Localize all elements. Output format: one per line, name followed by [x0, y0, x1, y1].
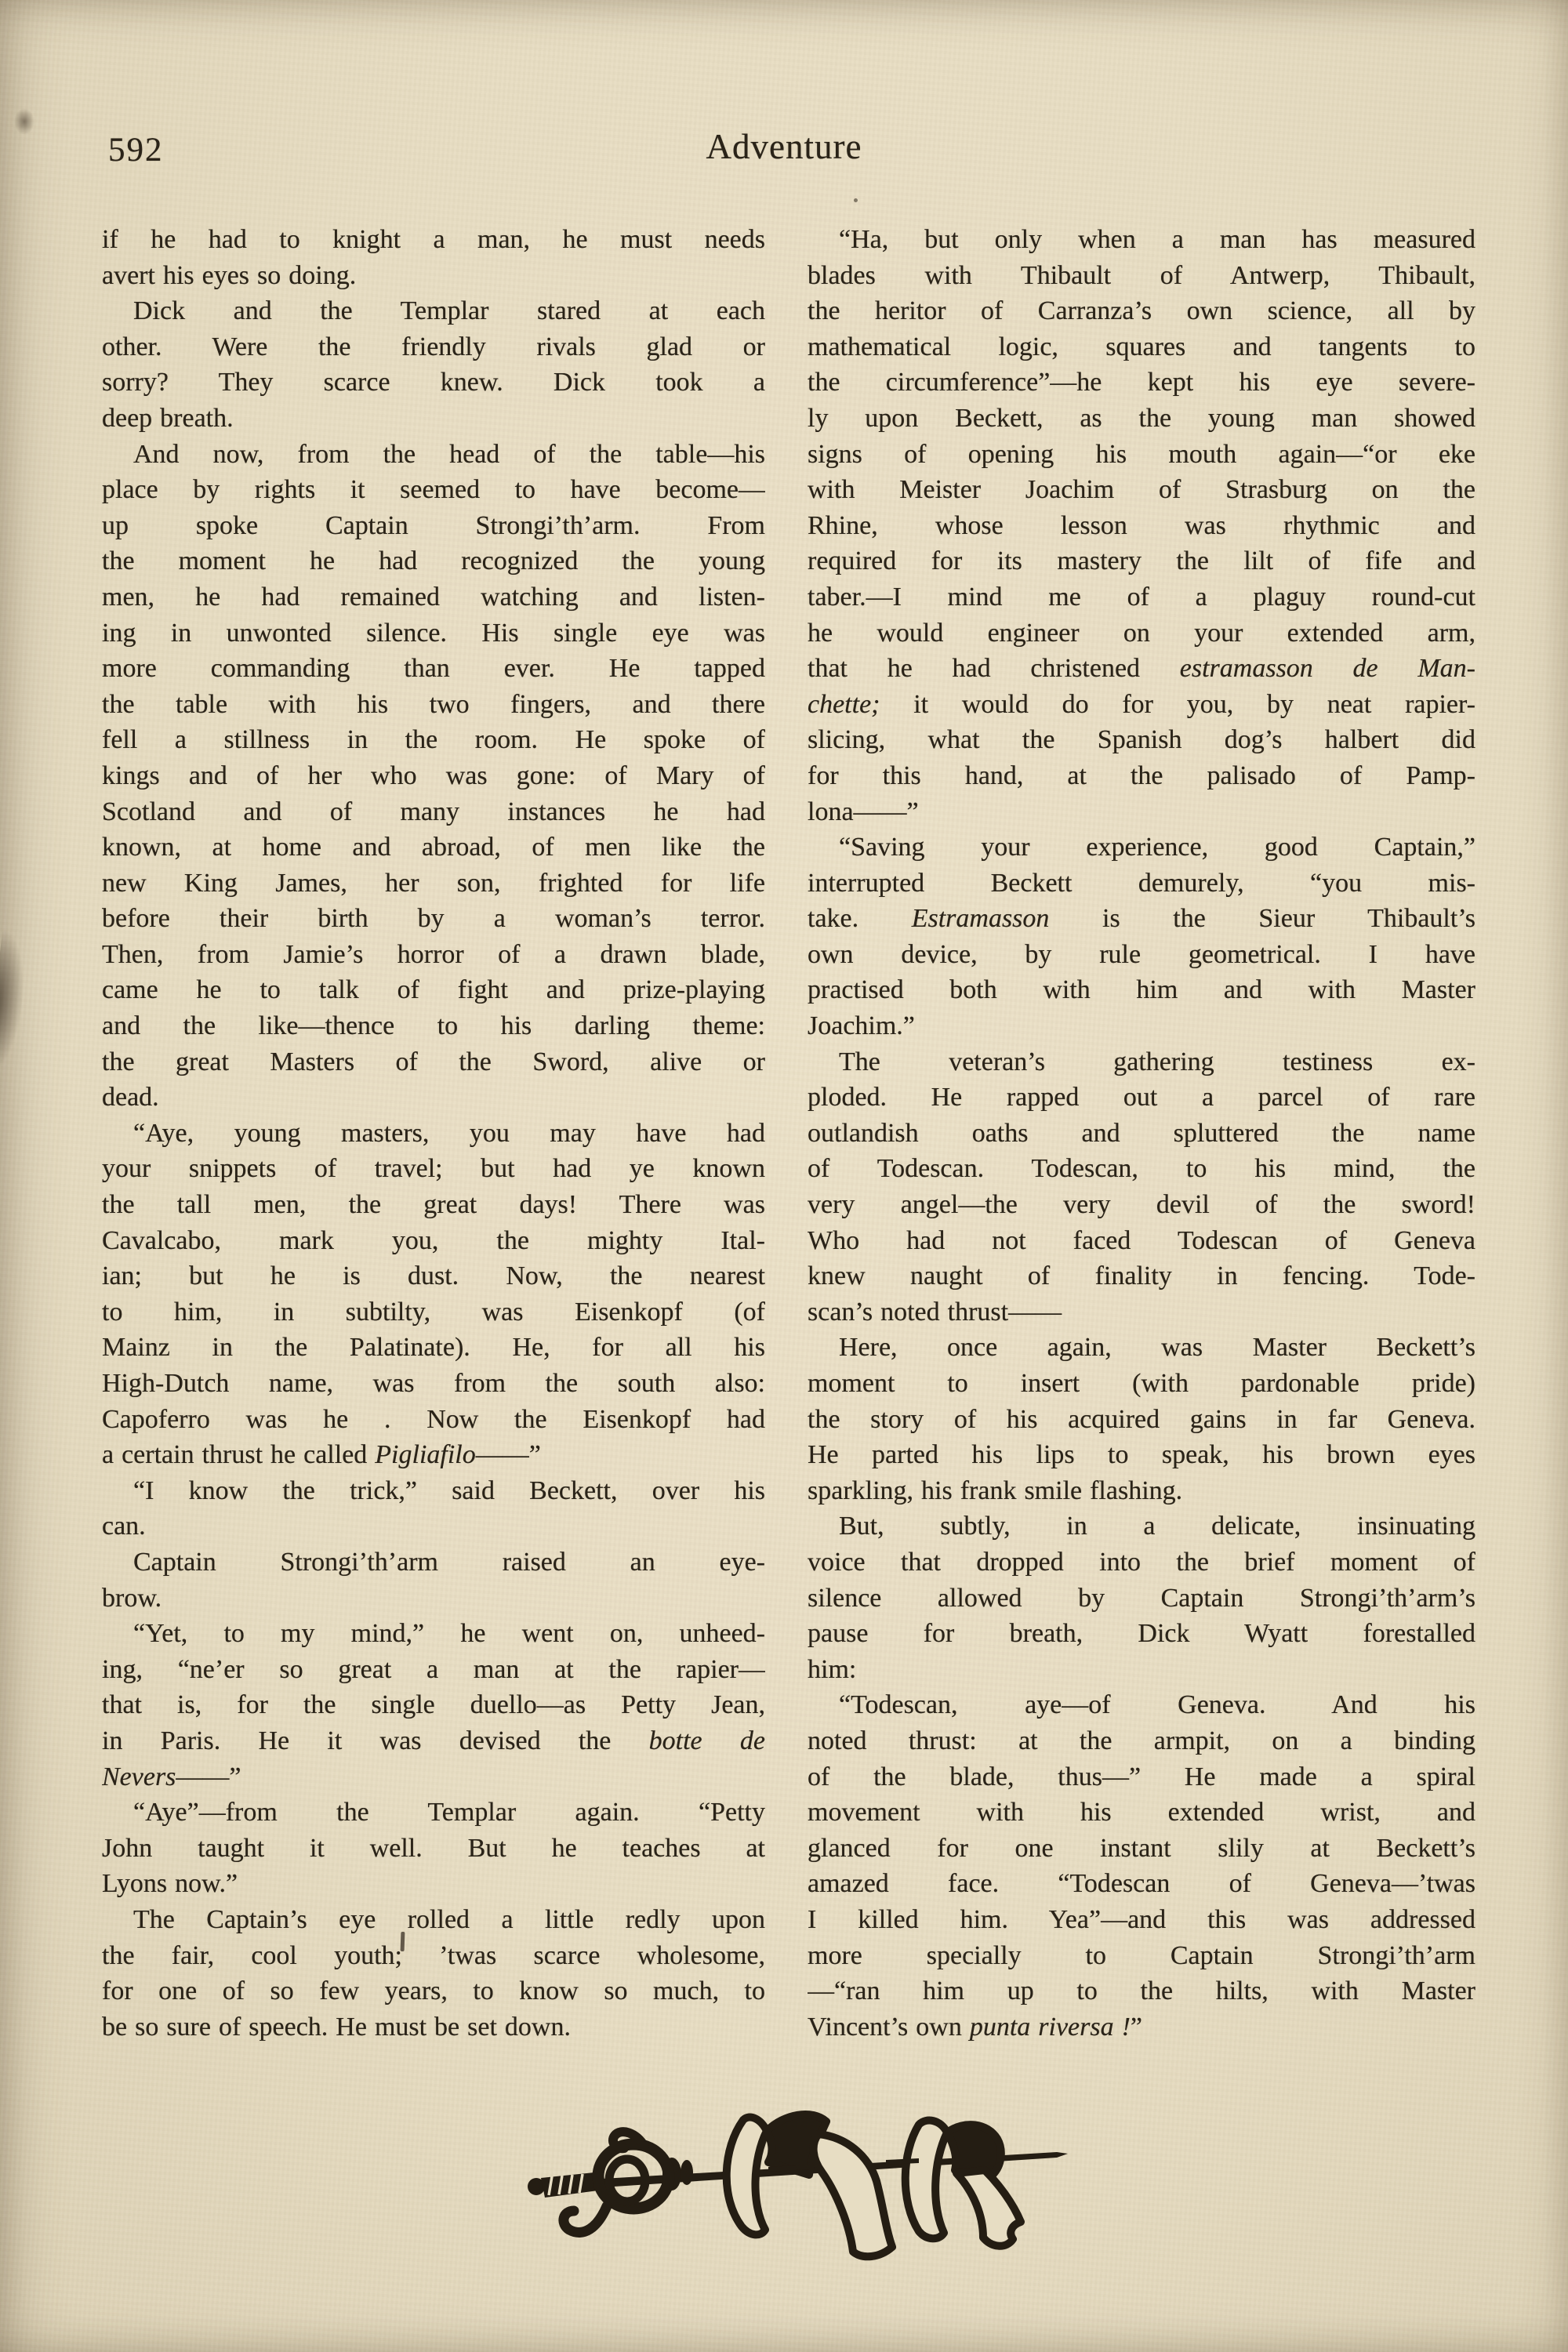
- text-line: “Yet, to my mind,” he went on, unheed-: [102, 1616, 765, 1652]
- scan-smudge: [14, 108, 34, 135]
- text-line: silence allowed by Captain Strongi’th’ar…: [808, 1581, 1475, 1617]
- text-line: if he had to knight a man, he must needs: [102, 222, 765, 258]
- text-line: very angel—the very devil of the sword!: [808, 1187, 1475, 1223]
- text-line: known, at home and abroad, of men like t…: [102, 829, 765, 866]
- right-column: “Ha, but only when a man has measuredbla…: [808, 222, 1475, 2045]
- left-column: if he had to knight a man, he must needs…: [102, 222, 765, 2045]
- text-line: Who had not faced Todescan of Geneva: [808, 1223, 1475, 1259]
- text-line: be so sure of speech. He must be set dow…: [102, 2009, 765, 2045]
- text-line: ian; but he is dust. Now, the nearest: [102, 1258, 765, 1294]
- text-line: Nevers——”: [102, 1759, 765, 1795]
- text-line: “I know the trick,” said Beckett, over h…: [102, 1473, 765, 1509]
- text-line: more specially to Captain Strongi’th’arm: [808, 1938, 1475, 1974]
- text-line: the heritor of Carranza’s own science, a…: [808, 293, 1475, 329]
- magazine-page: 592 Adventure if he had to knight a man,…: [0, 0, 1568, 2352]
- text-line: fell a stillness in the room. He spoke o…: [102, 722, 765, 758]
- text-line: movement with his extended wrist, and: [808, 1795, 1475, 1831]
- text-line: the fair, cool youth; ’twas scarce whole…: [102, 1938, 765, 1974]
- text-line: him:: [808, 1652, 1475, 1688]
- text-line: blades with Thibault of Antwerp, Thibaul…: [808, 258, 1475, 294]
- running-title: Adventure: [0, 125, 1568, 168]
- text-line: the circumference”—he kept his eye sever…: [808, 365, 1475, 401]
- text-line: the great Masters of the Sword, alive or: [102, 1044, 765, 1080]
- text-line: of the blade, thus—” He made a spiral: [808, 1759, 1475, 1795]
- text-line: He parted his lips to speak, his brown e…: [808, 1437, 1475, 1473]
- text-line: mathematical logic, squares and tangents…: [808, 329, 1475, 365]
- text-line: that he had christened estramasson de Ma…: [808, 651, 1475, 687]
- text-line: came he to talk of fight and prize-playi…: [102, 972, 765, 1008]
- text-line: amazed face. “Todescan of Geneva—’twas: [808, 1866, 1475, 1902]
- text-line: Vincent’s own punta riversa !”: [808, 2009, 1475, 2045]
- scan-smudge: [0, 930, 31, 1077]
- text-line: moment to insert (with pardonable pride): [808, 1366, 1475, 1402]
- text-line: noted thrust: at the armpit, on a bindin…: [808, 1723, 1475, 1759]
- text-line: a certain thrust he called Pigliafilo——”: [102, 1437, 765, 1473]
- text-line: pause for breath, Dick Wyatt forestalled: [808, 1616, 1475, 1652]
- text-line: John taught it well. But he teaches at: [102, 1831, 765, 1867]
- text-line: before their birth by a woman’s terror.: [102, 901, 765, 937]
- text-line: sparkling, his frank smile flashing.: [808, 1473, 1475, 1509]
- text-line: The Captain’s eye rolled a little redly …: [102, 1902, 765, 1938]
- text-line: ly upon Beckett, as the young man showed: [808, 401, 1475, 437]
- text-line: lona——”: [808, 794, 1475, 830]
- text-line: and the like—thence to his darling theme…: [102, 1008, 765, 1044]
- text-line: Then, from Jamie’s horror of a drawn bla…: [102, 937, 765, 973]
- text-line: “Aye, young masters, you may have had: [102, 1116, 765, 1152]
- text-line: —“ran him up to the hilts, with Master: [808, 1973, 1475, 2009]
- text-line: avert his eyes so doing.: [102, 258, 765, 294]
- text-line: Here, once again, was Master Beckett’s: [808, 1330, 1475, 1366]
- text-line: can.: [102, 1508, 765, 1544]
- text-line: chette; it would do for you, by neat rap…: [808, 687, 1475, 723]
- text-line: taber.—I mind me of a plaguy round-cut: [808, 579, 1475, 615]
- text-line: that is, for the single duello—as Petty …: [102, 1687, 765, 1723]
- text-line: ing, “ne’er so great a man at the rapier…: [102, 1652, 765, 1688]
- text-line: And now, from the head of the table—his: [102, 437, 765, 473]
- text-line: But, subtly, in a delicate, insinuating: [808, 1508, 1475, 1544]
- text-line: the table with his two fingers, and ther…: [102, 687, 765, 723]
- text-line: glanced for one instant slily at Beckett…: [808, 1831, 1475, 1867]
- text-line: required for its mastery the lilt of fif…: [808, 543, 1475, 579]
- text-line: voice that dropped into the brief moment…: [808, 1544, 1475, 1581]
- text-line: the tall men, the great days! There was: [102, 1187, 765, 1223]
- text-line: for one of so few years, to know so much…: [102, 1973, 765, 2009]
- text-line: practised both with him and with Master: [808, 972, 1475, 1008]
- text-line: your snippets of travel; but had ye know…: [102, 1151, 765, 1187]
- text-line: dead.: [102, 1080, 765, 1116]
- text-line: men, he had remained watching and listen…: [102, 579, 765, 615]
- ribbon: [727, 2114, 1021, 2256]
- rapier-through-ribbon-illustration: [517, 2087, 1082, 2271]
- text-line: ploded. He rapped out a parcel of rare: [808, 1080, 1475, 1116]
- text-line: for this hand, at the palisado of Pamp-: [808, 758, 1475, 794]
- text-line: place by rights it seemed to have become…: [102, 472, 765, 508]
- text-line: I killed him. Yea”—and this was addresse…: [808, 1902, 1475, 1938]
- text-line: in Paris. He it was devised the botte de: [102, 1723, 765, 1759]
- text-line: “Todescan, aye—of Geneva. And his: [808, 1687, 1475, 1723]
- text-line: Lyons now.”: [102, 1866, 765, 1902]
- text-line: ing in unwonted silence. His single eye …: [102, 615, 765, 652]
- text-line: up spoke Captain Strongi’th’arm. From: [102, 508, 765, 544]
- text-line: slicing, what the Spanish dog’s halbert …: [808, 722, 1475, 758]
- text-line: Mainz in the Palatinate). He, for all hi…: [102, 1330, 765, 1366]
- rapier-illustration-svg: [517, 2087, 1082, 2271]
- text-line: outlandish oaths and spluttered the name: [808, 1116, 1475, 1152]
- text-line: take. Estramasson is the Sieur Thibault’…: [808, 901, 1475, 937]
- text-line: High-Dutch name, was from the south also…: [102, 1366, 765, 1402]
- text-line: to him, in subtilty, was Eisenkopf (of: [102, 1294, 765, 1330]
- text-line: of Todescan. Todescan, to his mind, the: [808, 1151, 1475, 1187]
- ink-blot: [401, 1932, 405, 1951]
- text-line: interrupted Beckett demurely, “you mis-: [808, 866, 1475, 902]
- text-line: with Meister Joachim of Strasburg on the: [808, 472, 1475, 508]
- text-line: brow.: [102, 1581, 765, 1617]
- text-line: new King James, her son, frighted for li…: [102, 866, 765, 902]
- text-line: signs of opening his mouth again—“or eke: [808, 437, 1475, 473]
- text-line: Scotland and of many instances he had: [102, 794, 765, 830]
- ink-speck: [854, 198, 858, 202]
- text-line: Capoferro was he . Now the Eisenkopf had: [102, 1402, 765, 1438]
- text-line: “Aye”—from the Templar again. “Petty: [102, 1795, 765, 1831]
- text-line: knew naught of finality in fencing. Tode…: [808, 1258, 1475, 1294]
- text-line: Captain Strongi’th’arm raised an eye-: [102, 1544, 765, 1581]
- text-line: kings and of her who was gone: of Mary o…: [102, 758, 765, 794]
- text-line: scan’s noted thrust——: [808, 1294, 1475, 1330]
- text-line: deep breath.: [102, 401, 765, 437]
- text-line: own device, by rule geometrical. I have: [808, 937, 1475, 973]
- text-line: Rhine, whose lesson was rhythmic and: [808, 508, 1475, 544]
- text-line: Joachim.”: [808, 1008, 1475, 1044]
- text-line: the moment he had recognized the young: [102, 543, 765, 579]
- text-line: Cavalcabo, mark you, the mighty Ital-: [102, 1223, 765, 1259]
- text-line: Dick and the Templar stared at each: [102, 293, 765, 329]
- text-line: “Saving your experience, good Captain,”: [808, 829, 1475, 866]
- text-line: other. Were the friendly rivals glad or: [102, 329, 765, 365]
- text-line: The veteran’s gathering testiness ex-: [808, 1044, 1475, 1080]
- text-line: “Ha, but only when a man has measured: [808, 222, 1475, 258]
- text-line: he would engineer on your extended arm,: [808, 615, 1475, 652]
- text-line: sorry? They scarce knew. Dick took a: [102, 365, 765, 401]
- text-line: the story of his acquired gains in far G…: [808, 1402, 1475, 1438]
- text-line: more commanding than ever. He tapped: [102, 651, 765, 687]
